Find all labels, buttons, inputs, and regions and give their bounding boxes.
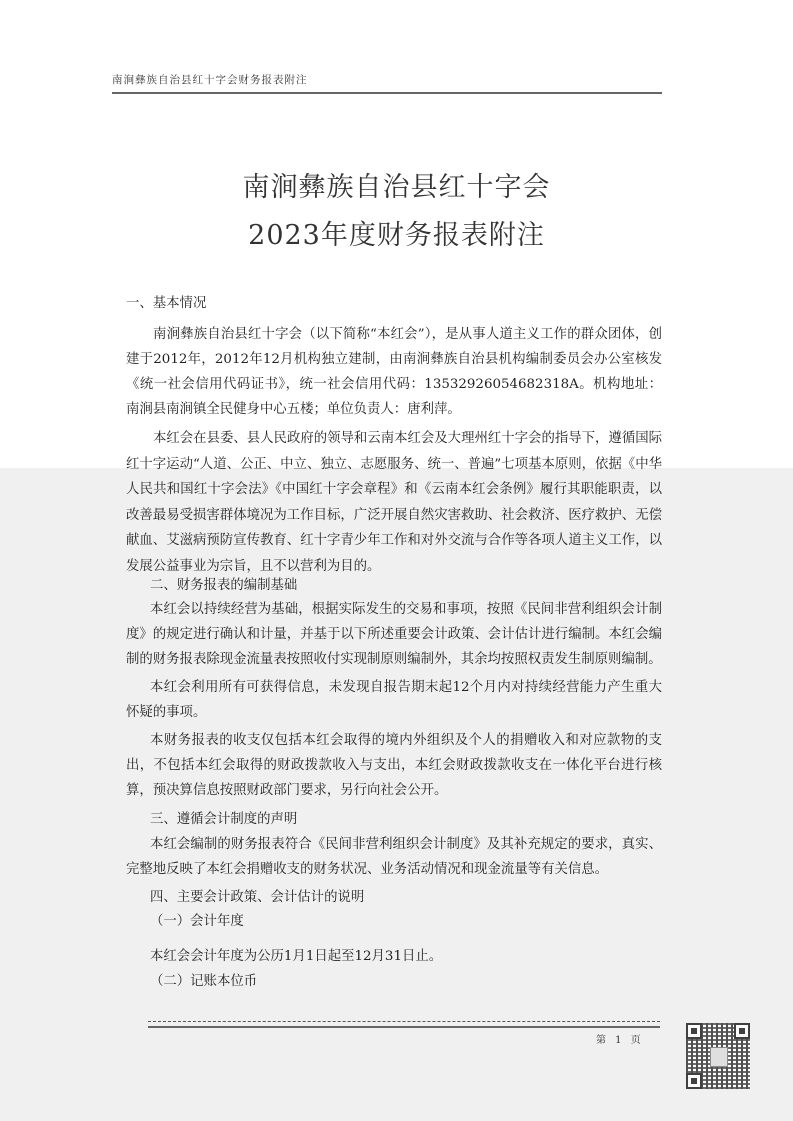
header-rule	[112, 92, 662, 94]
paragraph-basic-info: 南涧彝族自治县红十字会（以下简称“本红会”），是从事人道主义工作的群众团体，创建…	[126, 322, 662, 422]
qr-finder-pattern	[734, 1023, 750, 1039]
paragraph-going-concern: 本红会利用所有可获得信息，未发现自报告期末起12个月内对持续经营能力产生重大怀疑…	[126, 675, 662, 725]
subheading-functional-currency: （二）记账本位币	[150, 970, 257, 989]
footer-dashed-rule	[148, 1021, 660, 1022]
paragraph-mission: 本红会在县委、县人民政府的领导和云南本红会及大理州红十字会的指导下，遵循国际红十…	[126, 426, 662, 579]
paragraph-fiscal-year: 本红会会计年度为公历1月1日起至12月31日止。	[150, 945, 442, 964]
footer-rule	[148, 1026, 660, 1028]
document-title-line2: 2023年度财务报表附注	[0, 213, 793, 252]
qr-finder-pattern	[686, 1073, 702, 1089]
subheading-fiscal-year: （一）会计年度	[150, 910, 244, 929]
section-heading-basic-info: 一、基本情况	[126, 292, 206, 311]
document-title-line1: 南涧彝族自治县红十字会	[0, 165, 793, 204]
page-number: 第 1 页	[596, 1031, 644, 1046]
qr-center-logo	[710, 1047, 728, 1067]
paragraph-compliance: 本红会编制的财务报表符合《民间非营利组织会计制度》及其补充规定的要求，真实、完整…	[126, 832, 662, 882]
paragraph-preparation-basis: 本红会以持续经营为基础，根据实际发生的交易和事项，按照《民间非营利组织会计制度》…	[126, 597, 662, 672]
qr-finder-pattern	[686, 1023, 702, 1039]
section-heading-accounting-policies: 四、主要会计政策、会计估计的说明	[150, 886, 364, 905]
qr-code-icon	[686, 1023, 750, 1089]
running-header: 南涧彝族自治县红十字会财务报表附注	[112, 72, 308, 87]
section-heading-preparation-basis: 二、财务报表的编制基础	[150, 574, 297, 593]
section-heading-compliance: 三、遵循会计制度的声明	[150, 808, 297, 827]
paragraph-scope: 本财务报表的收支仅包括本红会取得的境内外组织及个人的捐赠收入和对应款物的支出，不…	[126, 728, 662, 803]
